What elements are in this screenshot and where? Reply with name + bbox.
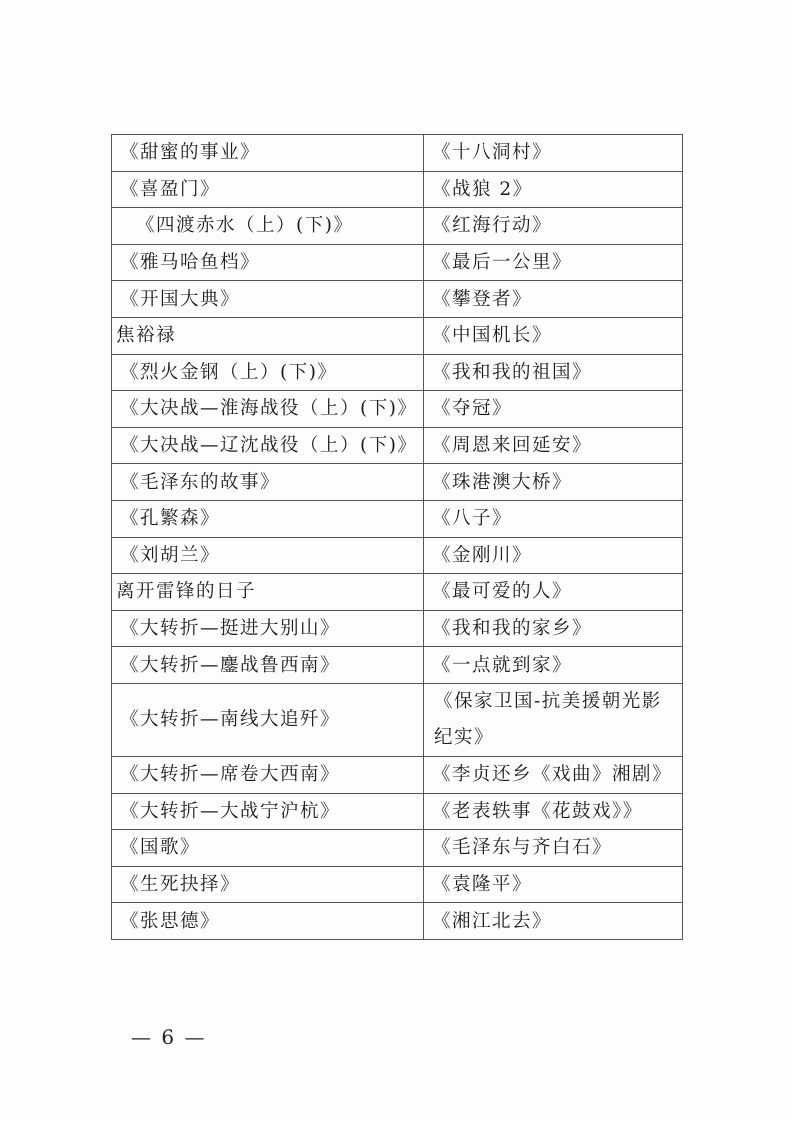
table-cell-right: 《珠港澳大桥》 [424,464,683,501]
table-cell-left: 《大转折—挺进大别山》 [112,610,424,647]
table-cell-right: 《八子》 [424,500,683,537]
table-cell-right: 《老表轶事《花鼓戏》》 [424,793,683,830]
table-cell-left: 《大转折—南线大追歼》 [112,683,424,756]
table-cell-right: 《我和我的家乡》 [424,610,683,647]
table-cell-left: 《开国大典》 [112,281,424,318]
page-number: — 6 — [131,1025,206,1049]
table-row: 《甜蜜的事业》 《十八洞村》 [112,135,683,172]
table-row: 离开雷锋的日子 《最可爱的人》 [112,574,683,611]
table-cell-left: 《大转折—席卷大西南》 [112,756,424,793]
table-row: 《生死抉择》 《袁隆平》 [112,866,683,903]
table-row: 《国歌》 《毛泽东与齐白石》 [112,830,683,867]
table-cell-right: 《保家卫国-抗美援朝光影纪实》 [424,683,683,756]
table-row: 《雅马哈鱼档》 《最后一公里》 [112,244,683,281]
table-row: 《毛泽东的故事》 《珠港澳大桥》 [112,464,683,501]
table-cell-left: 《刘胡兰》 [112,537,424,574]
table-cell-right: 《袁隆平》 [424,866,683,903]
table-cell-left: 《烈火金钢（上）(下)》 [112,354,424,391]
table-cell-right: 《最后一公里》 [424,244,683,281]
table-row: 《喜盈门》 《战狼 2》 [112,171,683,208]
document-page: 《甜蜜的事业》 《十八洞村》 《喜盈门》 《战狼 2》 《四渡赤水（上）(下)》… [0,0,793,1121]
table-row: 《大转折—鏖战鲁西南》 《一点就到家》 [112,647,683,684]
table-row: 《大转折—大战宁沪杭》 《老表轶事《花鼓戏》》 [112,793,683,830]
table-row: 《孔繁森》 《八子》 [112,500,683,537]
table-cell-right: 《攀登者》 [424,281,683,318]
table-cell-left: 《国歌》 [112,830,424,867]
table-cell-left: 《喜盈门》 [112,171,424,208]
table-cell-left: 焦裕禄 [112,317,424,354]
table-row: 《开国大典》 《攀登者》 [112,281,683,318]
table-cell-right: 《十八洞村》 [424,135,683,172]
table-row: 《刘胡兰》 《金刚川》 [112,537,683,574]
table-row: 焦裕禄 《中国机长》 [112,317,683,354]
film-list-table: 《甜蜜的事业》 《十八洞村》 《喜盈门》 《战狼 2》 《四渡赤水（上）(下)》… [111,134,683,940]
table-cell-left: 《大转折—大战宁沪杭》 [112,793,424,830]
table-cell-left: 《大转折—鏖战鲁西南》 [112,647,424,684]
table-cell-right: 《周恩来回延安》 [424,427,683,464]
table-row: 《大转折—挺进大别山》 《我和我的家乡》 [112,610,683,647]
table-cell-left: 《四渡赤水（上）(下)》 [112,208,424,245]
table-cell-left: 《大决战—淮海战役（上）(下)》 [112,391,424,428]
table-cell-right: 《李贞还乡《戏曲》湘剧》 [424,756,683,793]
table-cell-left: 《生死抉择》 [112,866,424,903]
table-row: 《大转折—南线大追歼》 《保家卫国-抗美援朝光影纪实》 [112,683,683,756]
table-cell-right: 《毛泽东与齐白石》 [424,830,683,867]
table-cell-left: 《张思德》 [112,903,424,940]
table-cell-right: 《中国机长》 [424,317,683,354]
table-cell-right: 《一点就到家》 [424,647,683,684]
table-cell-right: 《红海行动》 [424,208,683,245]
table-cell-right: 《金刚川》 [424,537,683,574]
table-row: 《大转折—席卷大西南》 《李贞还乡《戏曲》湘剧》 [112,756,683,793]
table-cell-left: 《雅马哈鱼档》 [112,244,424,281]
table-cell-left: 《孔繁森》 [112,500,424,537]
table-cell-left: 《毛泽东的故事》 [112,464,424,501]
table-cell-right: 《我和我的祖国》 [424,354,683,391]
table-cell-right: 《湘江北去》 [424,903,683,940]
table-row: 《四渡赤水（上）(下)》 《红海行动》 [112,208,683,245]
table-row: 《大决战—淮海战役（上）(下)》 《夺冠》 [112,391,683,428]
table-cell-left: 《甜蜜的事业》 [112,135,424,172]
table-row: 《烈火金钢（上）(下)》 《我和我的祖国》 [112,354,683,391]
table-row: 《大决战—辽沈战役（上）(下)》 《周恩来回延安》 [112,427,683,464]
table-cell-right: 《夺冠》 [424,391,683,428]
table-cell-right: 《战狼 2》 [424,171,683,208]
table-cell-left: 《大决战—辽沈战役（上）(下)》 [112,427,424,464]
table-row: 《张思德》 《湘江北去》 [112,903,683,940]
table-cell-right: 《最可爱的人》 [424,574,683,611]
table-cell-left: 离开雷锋的日子 [112,574,424,611]
